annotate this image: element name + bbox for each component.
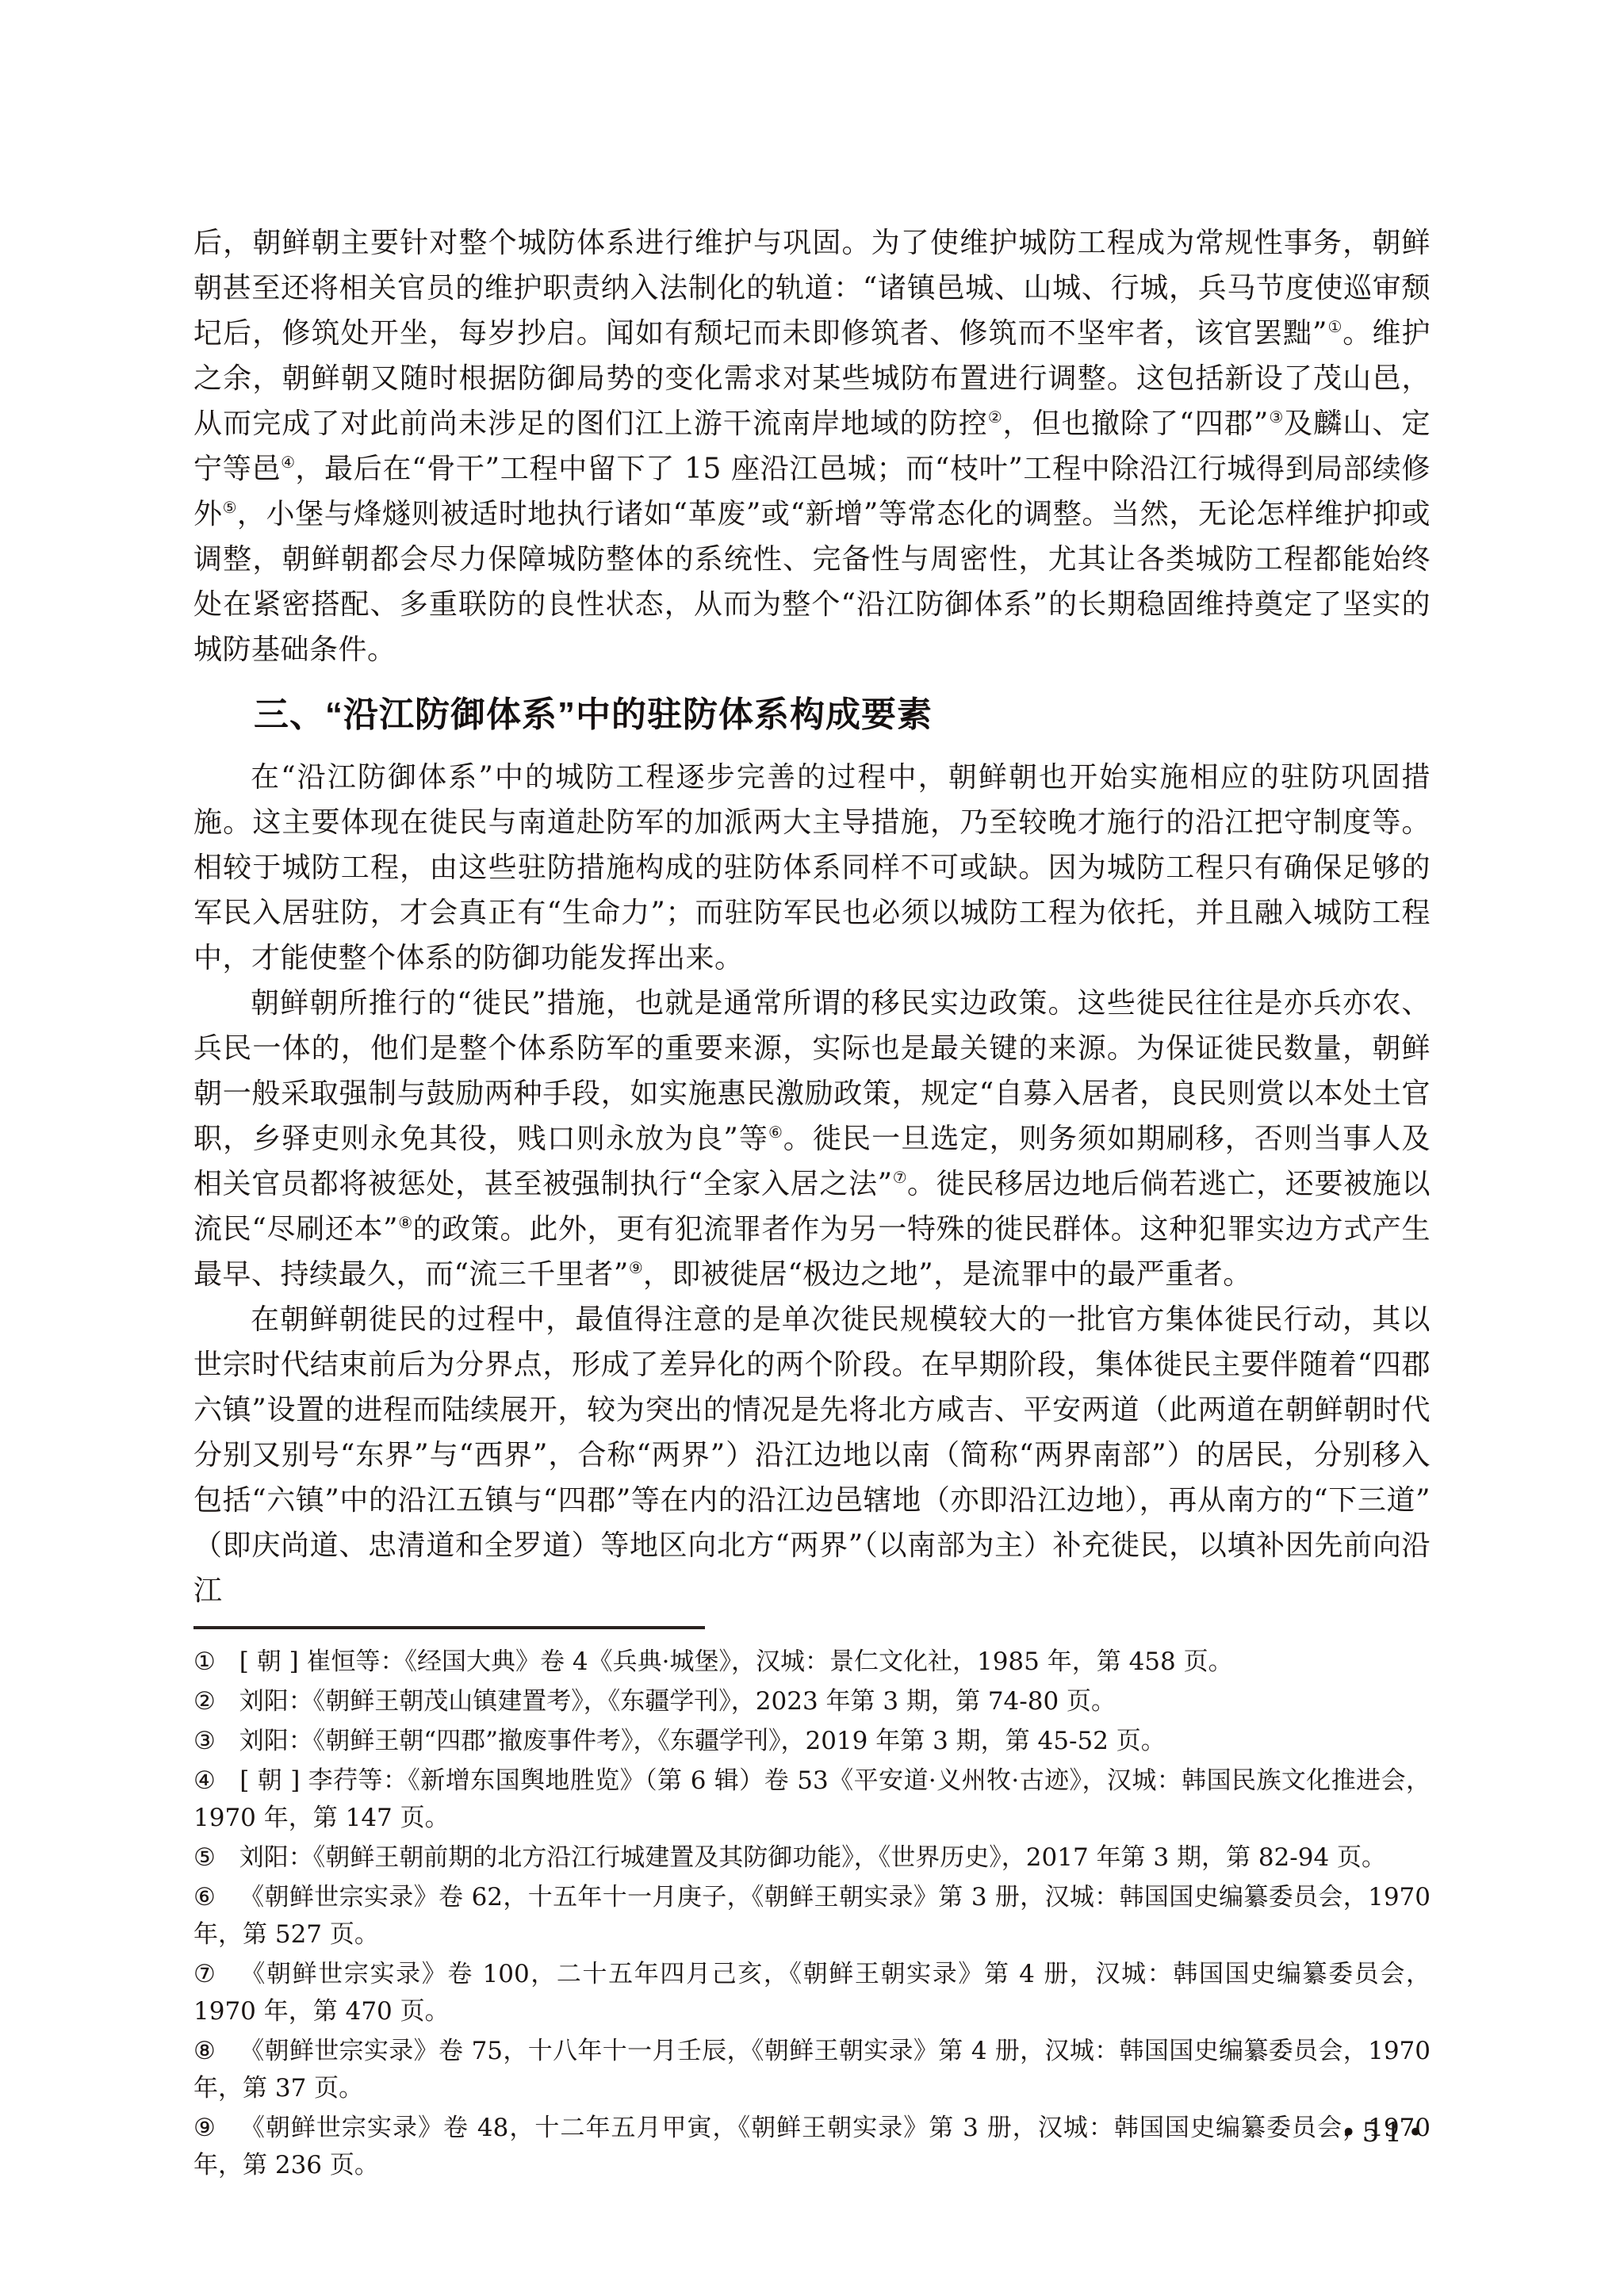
footnote-marker: ③ (193, 1727, 216, 1755)
footnote-item: ②刘阳：《朝鲜王朝茂山镇建置考》，《东疆学刊》，2023 年第 3 期，第 74… (193, 1683, 1431, 1720)
footnote-marker: ④ (193, 1766, 216, 1795)
footnote-marker: ⑦ (193, 1960, 216, 1988)
footnotes-section: ①[ 朝 ] 崔恒等：《经国大典》卷 4《兵典·城堡》，汉城：景仁文化社，198… (193, 1629, 1431, 2184)
footnote-text: [ 朝 ] 李荇等：《新增东国舆地胜览》（第 6 辑）卷 53《平安道·义州牧·… (193, 1766, 1431, 1832)
footnote-ref: ⑥ (768, 1123, 783, 1142)
footnote-text: 刘阳：《朝鲜王朝“四郡”撤废事件考》，《东疆学刊》，2019 年第 3 期，第 … (239, 1727, 1166, 1755)
footnote-marker: ⑤ (193, 1843, 216, 1872)
footnote-item: ⑦《朝鲜世宗实录》卷 100，二十五年四月己亥，《朝鲜王朝实录》第 4 册，汉城… (193, 1956, 1431, 2030)
section-heading: 三、“沿江防御体系”中的驻防体系构成要素 (193, 691, 1431, 739)
footnote-ref: ② (988, 408, 1003, 427)
paragraph: 在“沿江防御体系”中的城防工程逐步完善的过程中，朝鲜朝也开始实施相应的驻防巩固措… (193, 755, 1431, 981)
footnote-marker: ⑧ (193, 2037, 216, 2065)
footnote-marker: ① (193, 1647, 216, 1676)
footnote-text: 《朝鲜世宗实录》卷 62，十五年十一月庚子，《朝鲜王朝实录》第 3 册，汉城：韩… (193, 1883, 1431, 1949)
journal-page: 后，朝鲜朝主要针对整个城防体系进行维护与巩固。为了使维护城防工程成为常规性事务，… (0, 0, 1624, 2296)
footnote-item: ③刘阳：《朝鲜王朝“四郡”撤废事件考》，《东疆学刊》，2019 年第 3 期，第… (193, 1723, 1431, 1760)
page-number: •51• (1341, 2115, 1429, 2150)
footnote-ref: ⑤ (223, 498, 237, 517)
paragraph-continuation: 后，朝鲜朝主要针对整个城防体系进行维护与巩固。为了使维护城防工程成为常规性事务，… (193, 220, 1431, 672)
footnote-ref: ⑨ (629, 1258, 643, 1277)
paragraph: 朝鲜朝所推行的“徙民”措施，也就是通常所谓的移民实边政策。这些徙民往往是亦兵亦农… (193, 981, 1431, 1297)
footnote-item: ⑧《朝鲜世宗实录》卷 75，十八年十一月壬辰，《朝鲜王朝实录》第 4 册，汉城：… (193, 2033, 1431, 2107)
footnote-marker: ⑨ (193, 2114, 216, 2142)
footnote-text: 《朝鲜世宗实录》卷 75，十八年十一月壬辰，《朝鲜王朝实录》第 4 册，汉城：韩… (193, 2037, 1431, 2103)
footnote-item: ⑤刘阳：《朝鲜王朝前期的北方沿江行城建置及其防御功能》，《世界历史》，2017 … (193, 1839, 1431, 1877)
footnote-ref: ① (1327, 317, 1342, 336)
article-body: 后，朝鲜朝主要针对整个城防体系进行维护与巩固。为了使维护城防工程成为常规性事务，… (193, 220, 1431, 1613)
footnote-ref: ③ (1269, 408, 1284, 427)
footnote-item: ⑥《朝鲜世宗实录》卷 62，十五年十一月庚子，《朝鲜王朝实录》第 3 册，汉城：… (193, 1879, 1431, 1954)
footnote-ref: ⑧ (398, 1213, 412, 1232)
footnote-text: 《朝鲜世宗实录》卷 48，十二年五月甲寅，《朝鲜王朝实录》第 3 册，汉城：韩国… (193, 2114, 1431, 2179)
footnote-text: 刘阳：《朝鲜王朝前期的北方沿江行城建置及其防御功能》，《世界历史》，2017 年… (239, 1843, 1386, 1872)
footnote-marker: ⑥ (193, 1883, 216, 1911)
footnote-ref: ⑦ (893, 1168, 907, 1187)
footnote-item: ⑨《朝鲜世宗实录》卷 48，十二年五月甲寅，《朝鲜王朝实录》第 3 册，汉城：韩… (193, 2110, 1431, 2184)
paragraph: 在朝鲜朝徙民的过程中，最值得注意的是单次徙民规模较大的一批官方集体徙民行动，其以… (193, 1297, 1431, 1613)
footnote-text: 刘阳：《朝鲜王朝茂山镇建置考》，《东疆学刊》，2023 年第 3 期，第 74-… (239, 1687, 1116, 1716)
footnote-item: ④[ 朝 ] 李荇等：《新增东国舆地胜览》（第 6 辑）卷 53《平安道·义州牧… (193, 1762, 1431, 1837)
footnote-text: 《朝鲜世宗实录》卷 100，二十五年四月己亥，《朝鲜王朝实录》第 4 册，汉城：… (193, 1960, 1431, 2026)
footnote-text: [ 朝 ] 崔恒等：《经国大典》卷 4《兵典·城堡》，汉城：景仁文化社，1985… (239, 1647, 1233, 1676)
footnote-item: ①[ 朝 ] 崔恒等：《经国大典》卷 4《兵典·城堡》，汉城：景仁文化社，198… (193, 1644, 1431, 1681)
footnote-ref: ④ (281, 453, 295, 472)
footnote-marker: ② (193, 1687, 216, 1716)
